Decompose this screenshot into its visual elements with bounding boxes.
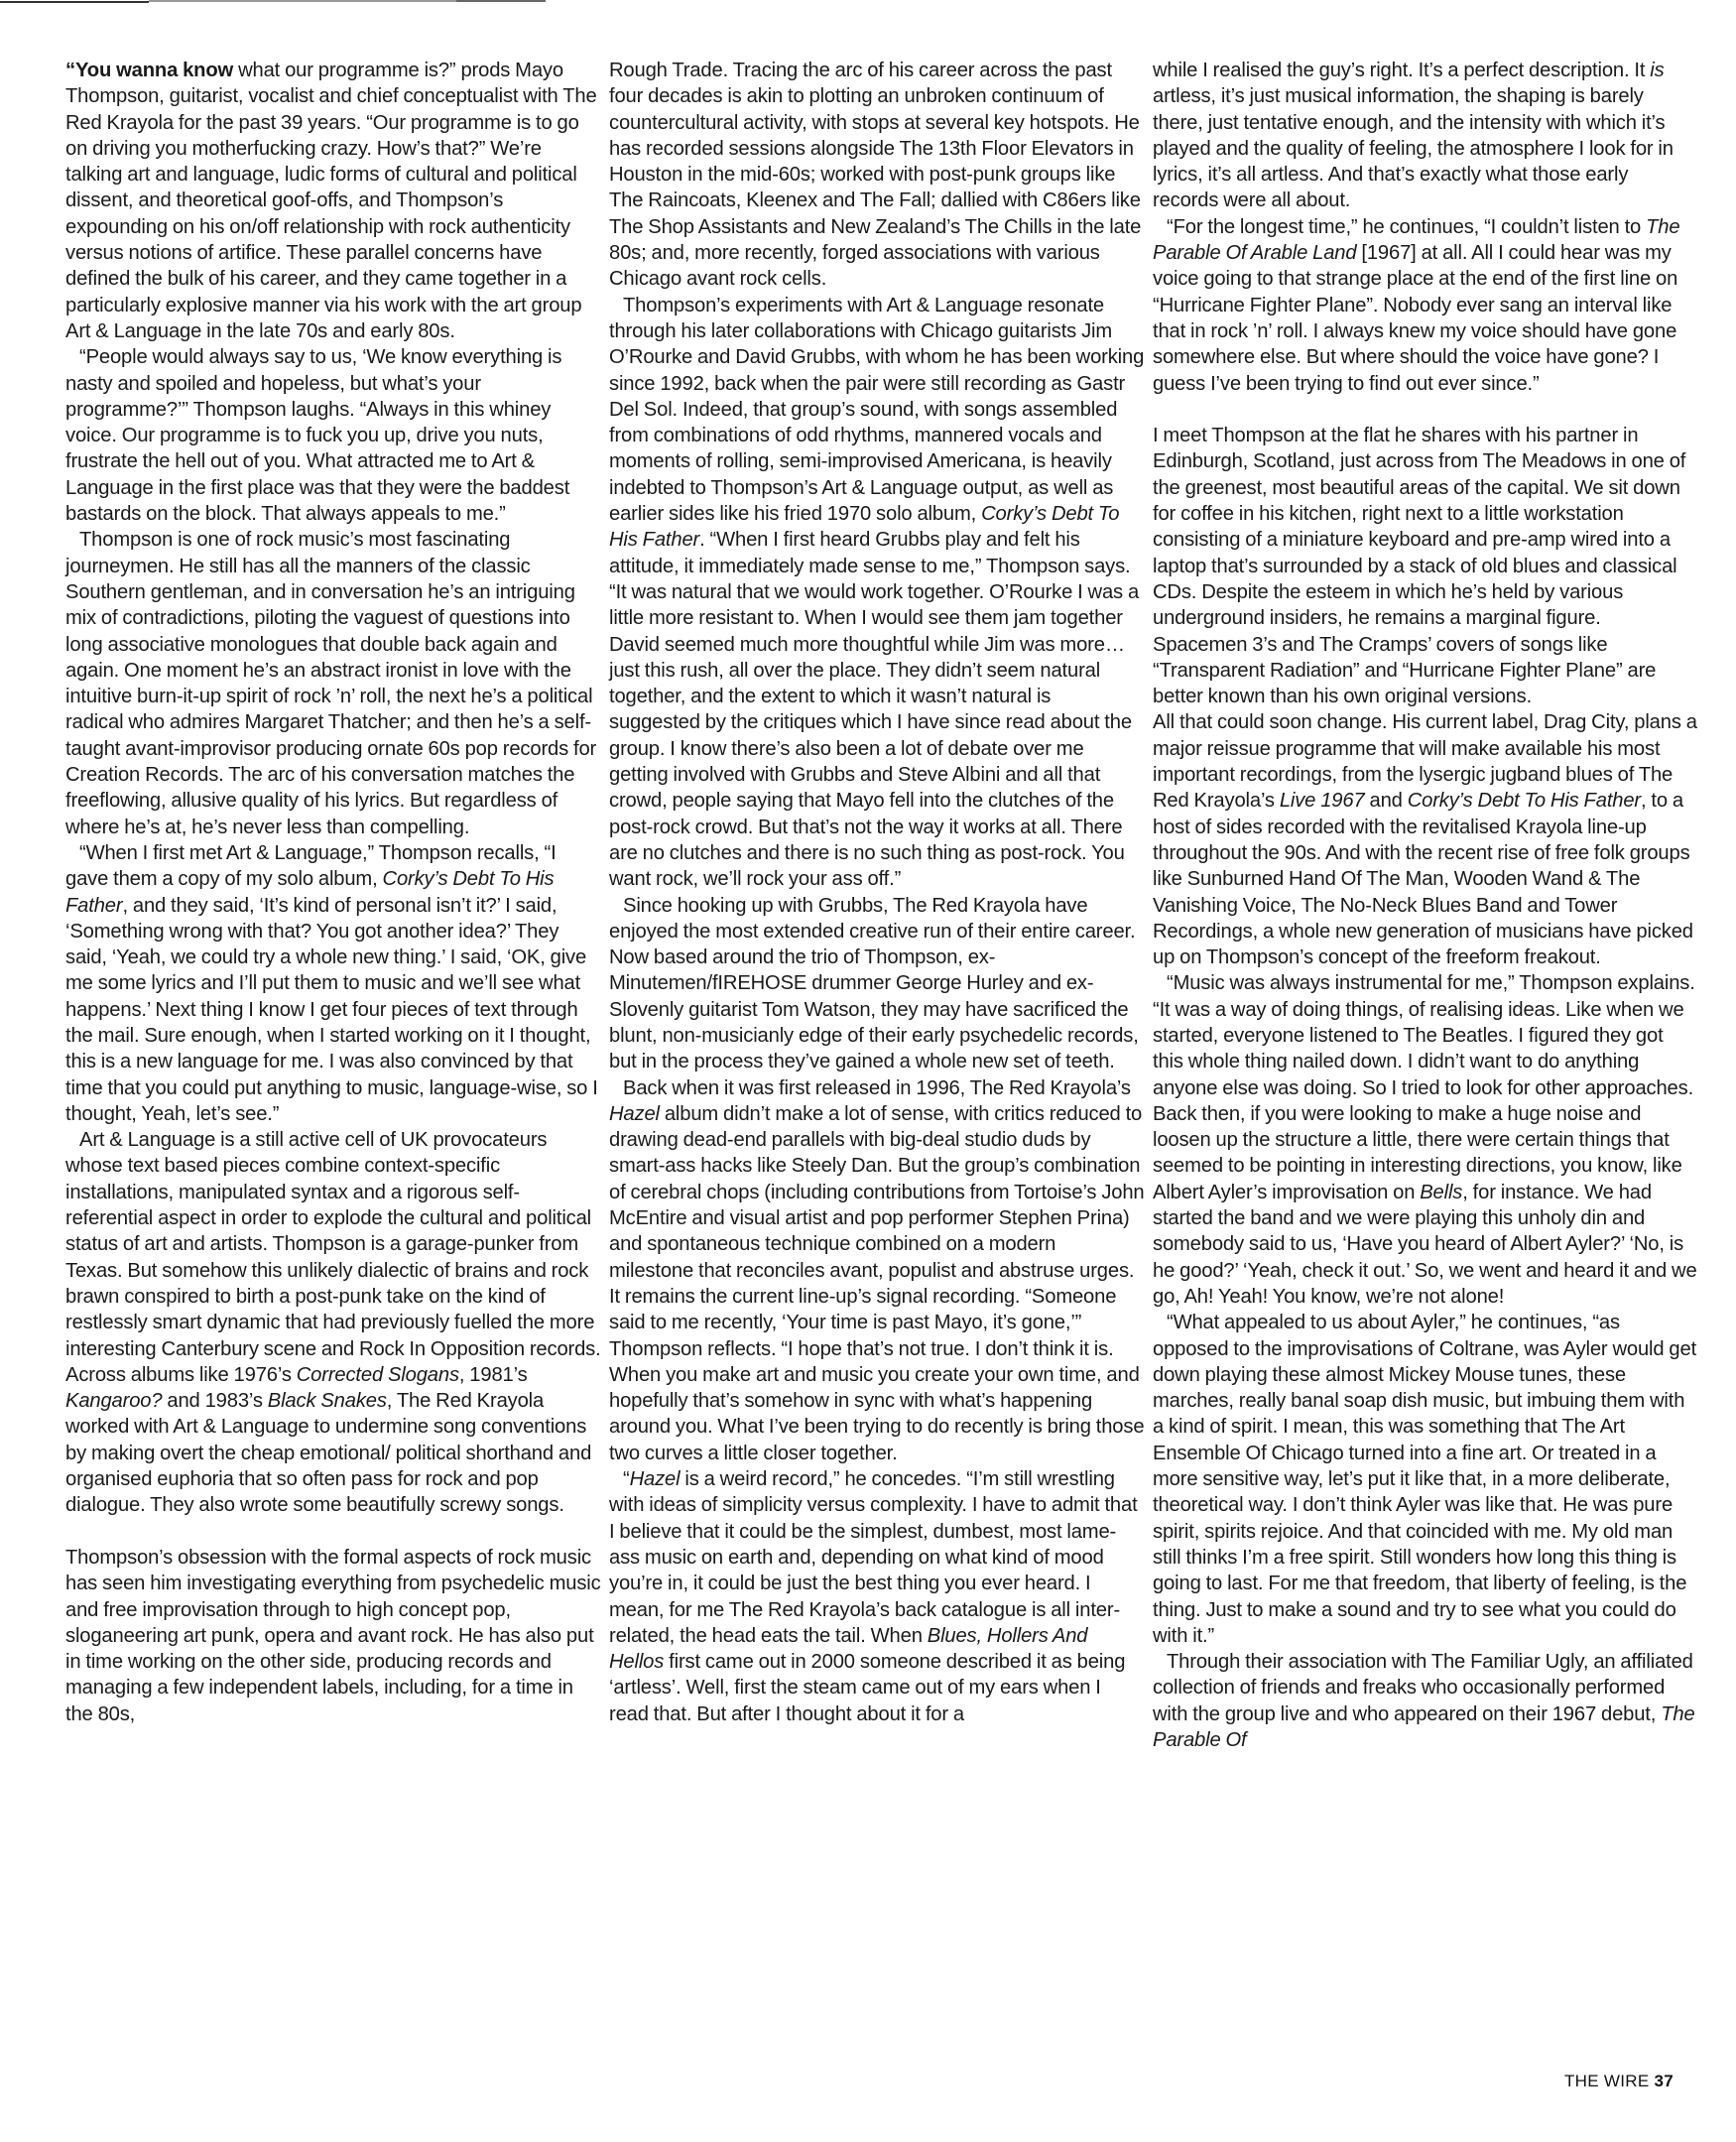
paragraph: Since hooking up with Grubbs, The Red Kr… bbox=[609, 893, 1145, 1075]
paragraph: “You wanna know what our programme is?” … bbox=[65, 58, 601, 344]
album-title: Hazel bbox=[609, 1103, 660, 1125]
article-column-3: while I realised the guy’s right. It’s a… bbox=[1153, 58, 1698, 1753]
article-column-2: Rough Trade. Tracing the arc of his care… bbox=[609, 58, 1145, 1727]
paragraph: Thompson’s obsession with the formal asp… bbox=[65, 1545, 601, 1727]
article-column-1: “You wanna know what our programme is?” … bbox=[65, 58, 601, 1727]
album-title: Corrected Slogans bbox=[297, 1364, 459, 1386]
paragraph: All that could soon change. His current … bbox=[1153, 709, 1698, 970]
top-rule bbox=[0, 0, 1736, 4]
album-title: Bells bbox=[1420, 1182, 1462, 1203]
paragraph: Thompson is one of rock music’s most fas… bbox=[65, 527, 601, 840]
lead-in: “You wanna know bbox=[65, 60, 233, 81]
paragraph: Rough Trade. Tracing the arc of his care… bbox=[609, 58, 1145, 293]
page-footer: THE WIRE 37 bbox=[1564, 2072, 1674, 2091]
album-title: Kangaroo? bbox=[65, 1390, 162, 1412]
paragraph: Back when it was first released in 1996,… bbox=[609, 1075, 1145, 1466]
rule-segment bbox=[149, 0, 456, 2]
paragraph: I meet Thompson at the flat he shares wi… bbox=[1153, 423, 1698, 709]
paragraph: “For the longest time,” he continues, “I… bbox=[1153, 214, 1698, 397]
album-title: Hazel bbox=[630, 1468, 681, 1490]
page-number: 37 bbox=[1655, 2072, 1674, 2090]
paragraph: Thompson’s experiments with Art & Langua… bbox=[609, 293, 1145, 893]
paragraph: “People would always say to us, ‘We know… bbox=[65, 344, 601, 527]
album-title: Corky’s Debt To His Father bbox=[1408, 790, 1641, 812]
rule-segment bbox=[0, 1, 149, 3]
publication-name: THE WIRE bbox=[1564, 2072, 1650, 2090]
paragraph: “What appealed to us about Ayler,” he co… bbox=[1153, 1310, 1698, 1649]
rule-segment bbox=[456, 0, 546, 2]
paragraph: Through their association with The Famil… bbox=[1153, 1649, 1698, 1753]
album-title: Live 1967 bbox=[1280, 790, 1365, 812]
paragraph: Art & Language is a still active cell of… bbox=[65, 1127, 601, 1518]
paragraph: while I realised the guy’s right. It’s a… bbox=[1153, 58, 1698, 214]
paragraph: “Hazel is a weird record,” he concedes. … bbox=[609, 1466, 1145, 1727]
album-title: Black Snakes bbox=[268, 1390, 387, 1412]
paragraph: “When I first met Art & Language,” Thomp… bbox=[65, 840, 601, 1127]
paragraph: “Music was always instrumental for me,” … bbox=[1153, 970, 1698, 1310]
